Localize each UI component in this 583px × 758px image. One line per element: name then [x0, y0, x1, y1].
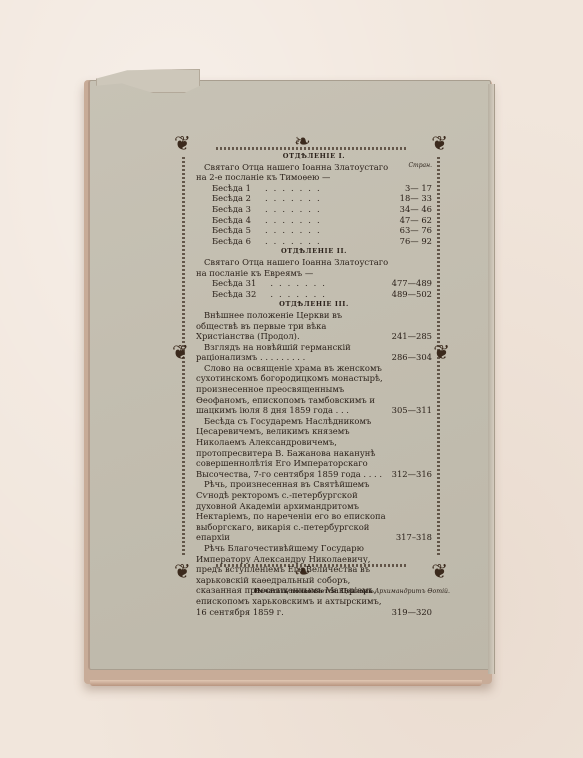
- toc-entry: Бесѣда съ Государемъ Наслѣдникомъ Цесаре…: [196, 416, 432, 480]
- toc-row: Бесѣда 1.......3— 17: [196, 183, 432, 194]
- toc-entry: Рѣчь Благочестивѣйшему Государю Императо…: [196, 543, 432, 617]
- top-center-ornament-icon: ❧: [294, 131, 311, 151]
- section-title: ОТДѢЛЕНІЕ I.: [196, 151, 432, 162]
- corner-ornament-icon: ❦: [431, 133, 448, 153]
- toc-row: Бесѣда 5.......63— 76: [196, 225, 432, 236]
- page-edges: [90, 680, 482, 686]
- corner-ornament-icon: ❦: [174, 561, 191, 581]
- frame-border-top: [216, 147, 406, 150]
- corner-ornament-icon: ❦: [174, 133, 191, 153]
- censor-approval: Печатать позволяется. Цензоръ Архимандри…: [240, 588, 450, 595]
- toc-row: Бесѣда 6.......76— 92: [196, 236, 432, 247]
- side-ornament-icon: ❦: [172, 342, 189, 362]
- section-title: ОТДѢЛЕНІЕ III.: [196, 299, 432, 310]
- side-ornament-icon: ❦: [433, 342, 450, 362]
- corner-ornament-icon: ❦: [431, 561, 448, 581]
- toc-entry: Рѣчь, произнесенная въ Святѣйшемъ Сѵнодѣ…: [196, 479, 432, 543]
- toc-row: Бесѣда 4.......47— 62: [196, 215, 432, 226]
- section-title: ОТДѢЛЕНІЕ II.: [196, 246, 432, 257]
- toc-entry: Слово на освященіе храма въ женскомъ сух…: [196, 363, 432, 416]
- censor-name: Архимандритъ Ѳотій.: [375, 588, 450, 595]
- spine-edge: [488, 84, 495, 674]
- toc-row: Бесѣда 31.......477—489: [196, 278, 432, 289]
- table-of-contents: Стран. ОТДѢЛЕНІЕ I. Святаго Отца нашего …: [196, 151, 432, 617]
- section-heading: Святаго Отца нашего Іоанна Златоустаго н…: [196, 162, 432, 183]
- toc-entry: Внѣшнее положеніе Церкви въ обществѣ въ …: [196, 310, 432, 342]
- toc-row: Бесѣда 32.......489—502: [196, 289, 432, 300]
- section-heading: Святаго Отца нашего Іоанна Златоустаго н…: [196, 257, 432, 278]
- toc-row: Бесѣда 2.......18— 33: [196, 193, 432, 204]
- toc-entry: Взглядъ на новѣйшій германскій раціонали…: [196, 342, 432, 363]
- toc-row: Бесѣда 3.......34— 46: [196, 204, 432, 215]
